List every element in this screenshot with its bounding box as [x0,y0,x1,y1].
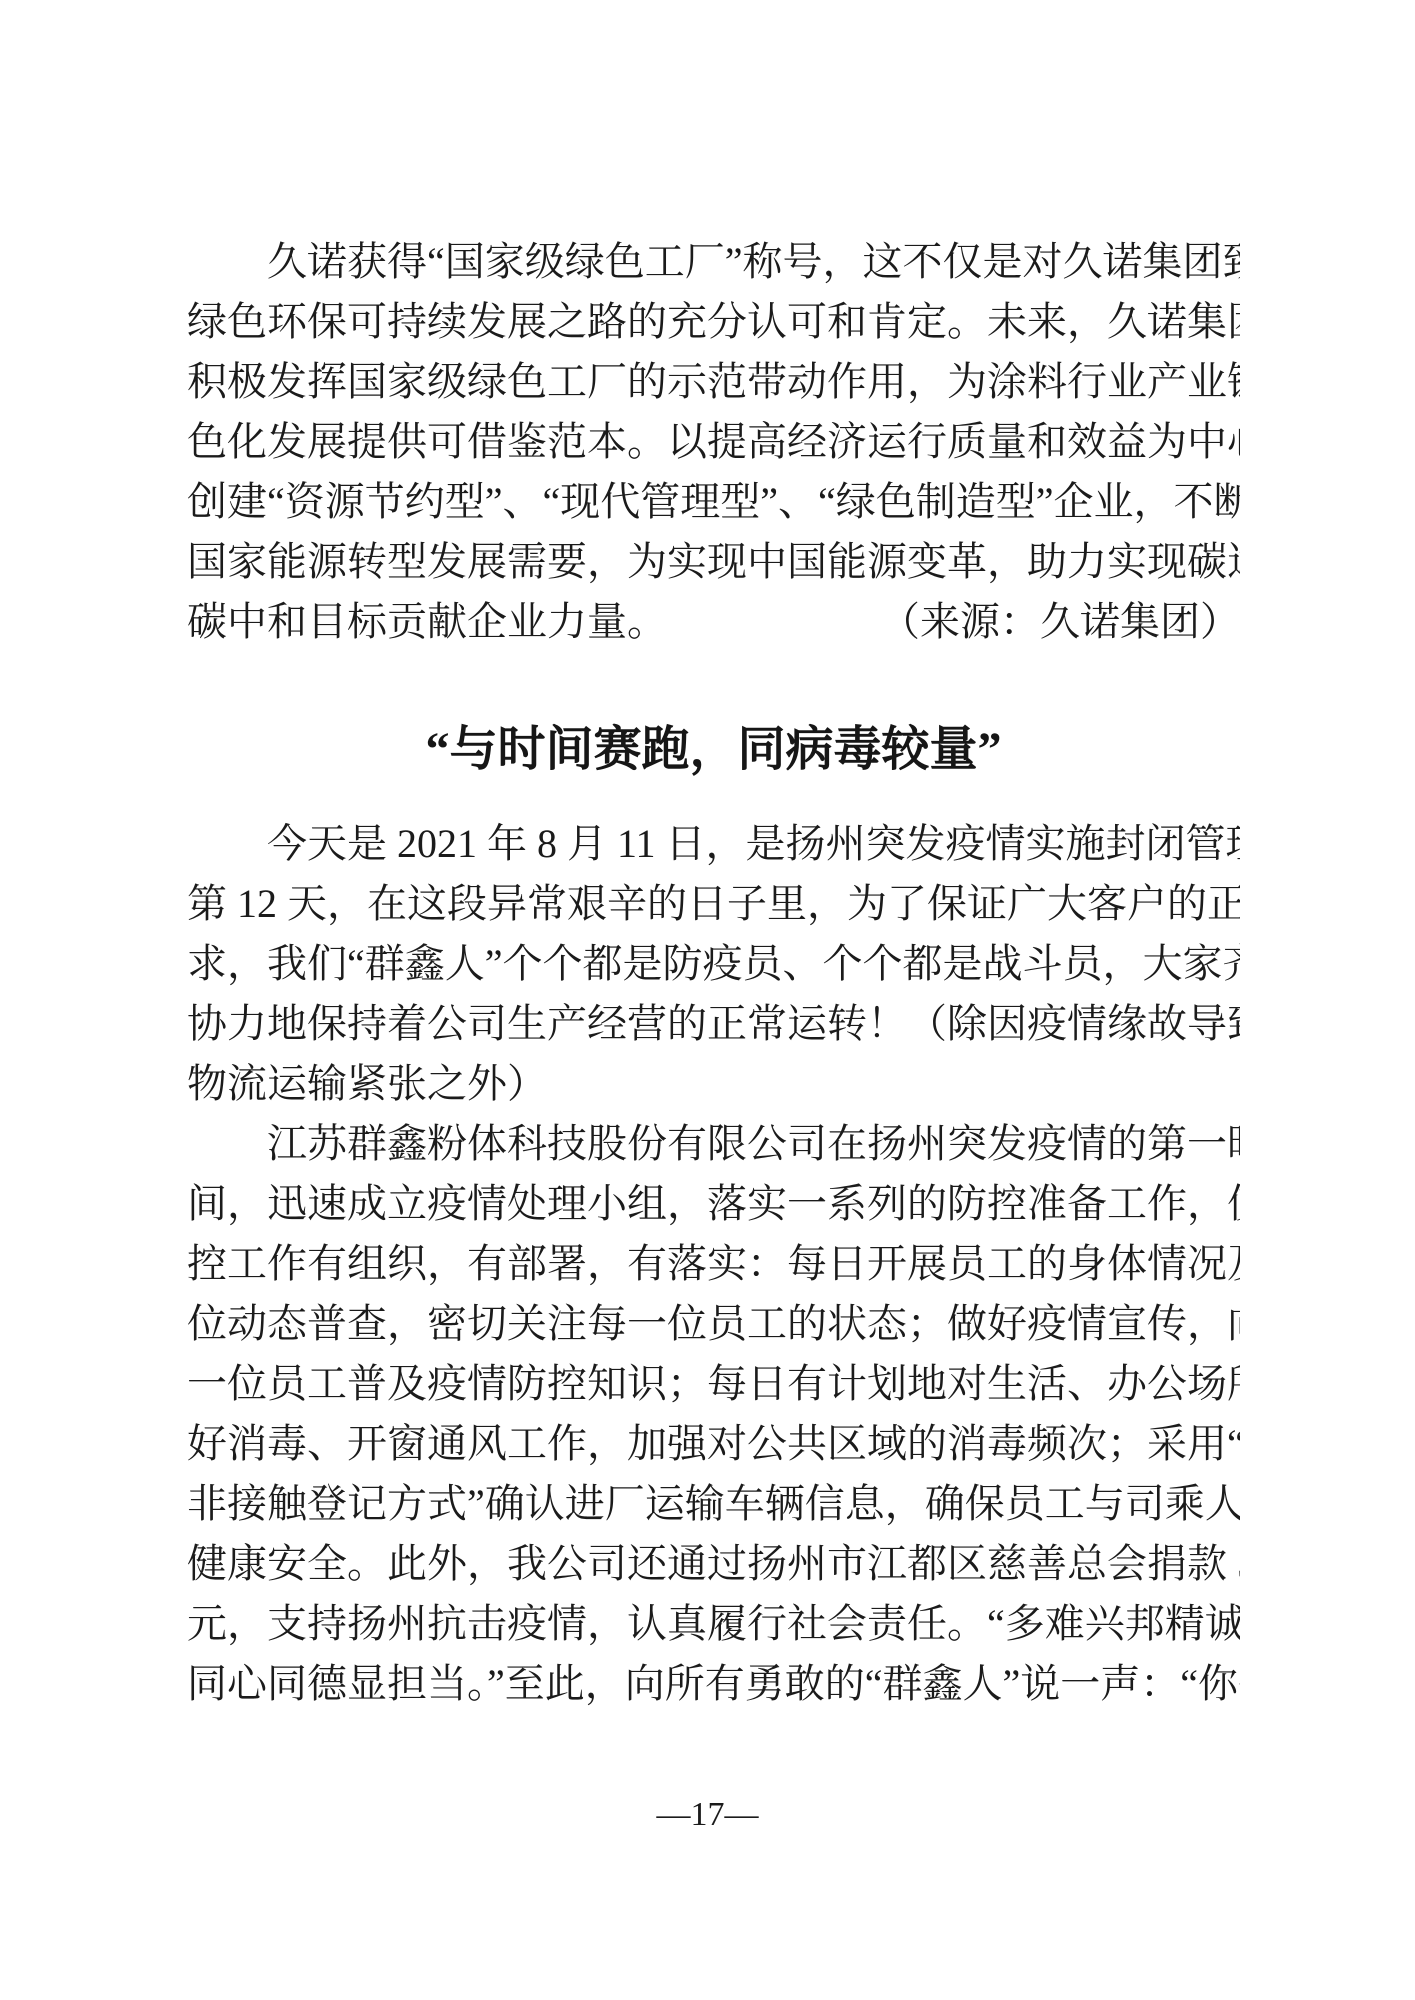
text-line: 一位员工普及疫情防控知识；每日有计划地对生活、办公场所做 [187,1354,1240,1414]
text-line: 积极发挥国家级绿色工厂的示范带动作用，为涂料行业产业链绿 [187,352,1240,412]
paragraph-qunxin-response: 江苏群鑫粉体科技股份有限公司在扬州突发疫情的第一时间，迅速成立疫情处理小组，落实… [187,1114,1240,1714]
text-line: 物流运输紧张之外） [187,1054,1240,1114]
text-line: 色化发展提供可借鉴范本。以提高经济运行质量和效益为中心， [187,412,1240,472]
text-line: 间，迅速成立疫情处理小组，落实一系列的防控准备工作，使防 [187,1174,1240,1234]
paragraph-junuo-last-line: 碳中和目标贡献企业力量。 （来源：久诺集团） [187,592,1240,652]
last-line-text: 碳中和目标贡献企业力量。 [187,592,667,652]
text-line: 元，支持扬州抗击疫情，认真履行社会责任。“多难兴邦精诚志， [187,1594,1240,1654]
text-line: 非接触登记方式”确认进厂运输车辆信息，确保员工与司乘人员的 [187,1474,1240,1534]
text-line: 位动态普查，密切关注每一位员工的状态；做好疫情宣传，向每 [187,1294,1240,1354]
text-line: 同心同德显担当。”至此，向所有勇敢的“群鑫人”说一声：“你们辛 [187,1654,1240,1714]
paragraph-junuo-green-factory: 久诺获得“国家级绿色工厂”称号，这不仅是对久诺集团致力绿色环保可持续发展之路的充… [187,232,1240,652]
text-line: 协力地保持着公司生产经营的正常运转！（除因疫情缘故导致的 [187,994,1240,1054]
text-line: 今天是 2021 年 8 月 11 日，是扬州突发疫情实施封闭管理的 [187,814,1240,874]
page-number: —17— [0,1793,1415,1837]
text-line: 求，我们“群鑫人”个个都是防疫员、个个都是战斗员，大家齐心 [187,934,1240,994]
article-title: “与时间赛跑，同病毒较量” [187,718,1240,782]
text-line: 久诺获得“国家级绿色工厂”称号，这不仅是对久诺集团致力 [187,232,1240,292]
text-line: 国家能源转型发展需要，为实现中国能源变革，助力实现碳达峰、 [187,532,1240,592]
paragraph-qunxin-lines: 江苏群鑫粉体科技股份有限公司在扬州突发疫情的第一时间，迅速成立疫情处理小组，落实… [187,1114,1240,1714]
text-line: 江苏群鑫粉体科技股份有限公司在扬州突发疫情的第一时 [187,1114,1240,1174]
text-line: 第 12 天，在这段异常艰辛的日子里，为了保证广大客户的正常需 [187,874,1240,934]
document-content: 久诺获得“国家级绿色工厂”称号，这不仅是对久诺集团致力绿色环保可持续发展之路的充… [187,232,1240,1714]
text-line: 好消毒、开窗通风工作，加强对公共区域的消毒频次；采用“创新 [187,1414,1240,1474]
paragraph-junuo-lines: 久诺获得“国家级绿色工厂”称号，这不仅是对久诺集团致力绿色环保可持续发展之路的充… [187,232,1240,592]
source-credit: （来源：久诺集团） [880,592,1240,652]
text-line: 绿色环保可持续发展之路的充分认可和肯定。未来，久诺集团将 [187,292,1240,352]
paragraph-lockdown-intro: 今天是 2021 年 8 月 11 日，是扬州突发疫情实施封闭管理的第 12 天… [187,814,1240,1114]
paragraph-lockdown-lines: 今天是 2021 年 8 月 11 日，是扬州突发疫情实施封闭管理的第 12 天… [187,814,1240,1114]
document-page: 久诺获得“国家级绿色工厂”称号，这不仅是对久诺集团致力绿色环保可持续发展之路的充… [0,0,1415,2000]
text-line: 控工作有组织，有部署，有落实：每日开展员工的身体情况及定 [187,1234,1240,1294]
text-line: 健康安全。此外，我公司还通过扬州市江都区慈善总会捐款 5 万 [187,1534,1240,1594]
text-line: 创建“资源节约型”、“现代管理型”、“绿色制造型”企业，不断满足 [187,472,1240,532]
